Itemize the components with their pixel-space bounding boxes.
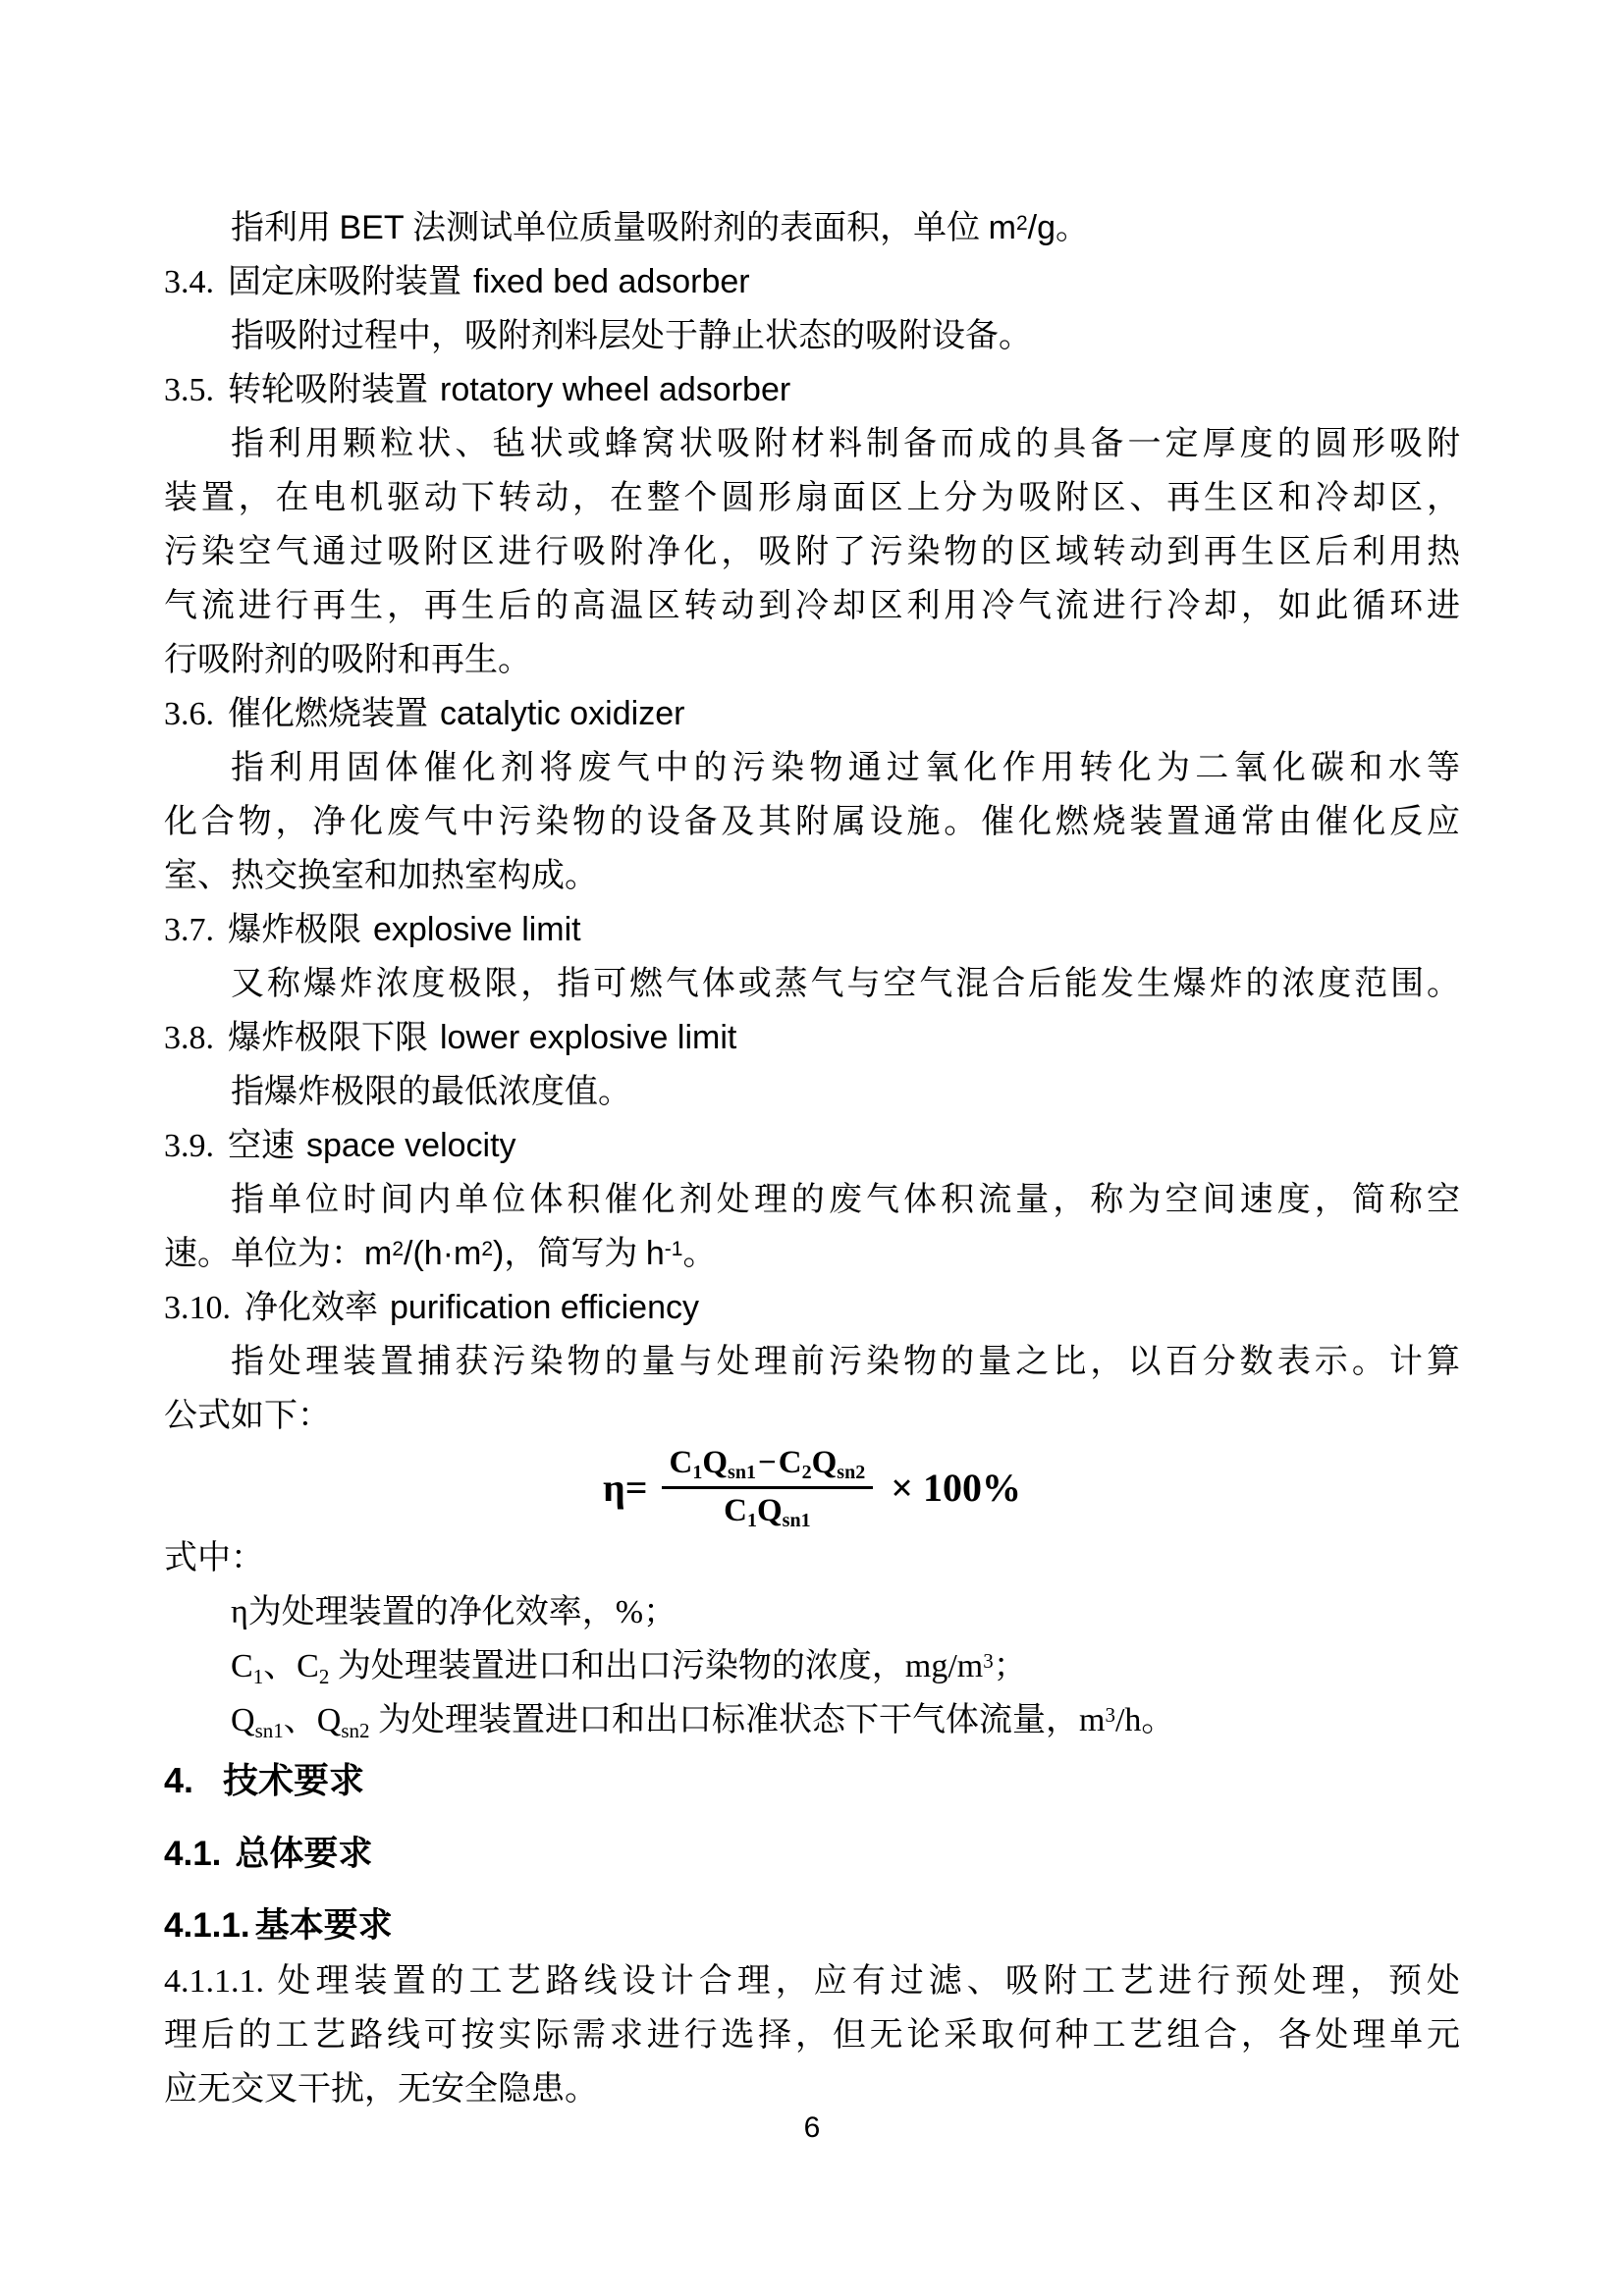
c1: C [724, 1493, 747, 1528]
minus-sign: − [756, 1445, 779, 1480]
definition-line: 指利用颗粒状、毡状或蜂窝状吸附材料制备而成的具备一定厚度的圆形吸附 [164, 417, 1460, 471]
term-zh: 爆炸极限下限 [228, 1020, 428, 1056]
term-number: 3.6. [164, 696, 214, 732]
zh-text: 速。单位为： [164, 1236, 364, 1272]
zh-text: ，简写为 [504, 1236, 646, 1272]
term-number: 3.7. [164, 912, 214, 948]
definition-line: 指爆炸极限的最低浓度值。 [164, 1065, 1460, 1119]
unit-superscript: 3 [1105, 1703, 1115, 1727]
q1: Q [702, 1445, 728, 1480]
formula-fraction: C1Qsn1−C2Qsn2 C1Qsn1 [662, 1445, 874, 1529]
definition-line: 污染空气通过吸附区进行吸附净化，吸附了污染物的区域转动到再生区后利用热 [164, 525, 1460, 579]
formula-times-100: × 100% [891, 1465, 1021, 1511]
zh-text: 、Q [284, 1702, 342, 1738]
definition-line: 指利用固体催化剂将废气中的污染物通过氧化作用转化为二氧化碳和水等 [164, 741, 1460, 795]
heading-4-1-1-basic-requirements: 4.1.1.基本要求 [164, 1898, 1460, 1952]
zh-period: 。 [1056, 210, 1089, 246]
term-number: 3.5. [164, 372, 214, 408]
zh-text: 指利用 [231, 210, 340, 246]
c1-sub: 1 [747, 1510, 757, 1531]
heading-number: 4. [164, 1760, 193, 1800]
h-symbol: h [646, 1235, 665, 1272]
symbol-eta-line: η为处理装置的净化效率，%； [164, 1585, 1460, 1639]
definition-line: 装置，在电机驱动下转动，在整个圆形扇面区上分为吸附区、再生区和冷却区， [164, 471, 1460, 525]
symbol-c-line: C1、C2 为处理装置进口和出口污染物的浓度，mg/m3； [164, 1639, 1460, 1693]
definition-line: 公式如下： [164, 1389, 1460, 1443]
heading-title: 技术要求 [223, 1760, 364, 1800]
definition-line: 气流进行再生，再生后的高温区转动到冷却区利用冷气流进行冷却，如此循环进 [164, 579, 1460, 633]
c-sub: 2 [319, 1665, 330, 1688]
unit-superscript: 2 [481, 1238, 493, 1260]
clause-4-1-1-1-line: 4.1.1.1. 处理装置的工艺路线设计合理，应有过滤、吸附工艺进行预处理，预处 [164, 1954, 1460, 2008]
term-heading-3-10: 3.10.净化效率purification efficiency [164, 1281, 1460, 1335]
space-velocity-unit-line: 速。单位为：m2/(h·m2)，简写为 h-1。 [164, 1227, 1460, 1281]
definition-line: 化合物，净化废气中污染物的设备及其附属设施。催化燃烧装置通常由催化反应 [164, 795, 1460, 849]
definition-line: 指单位时间内单位体积催化剂处理的废气体积流量，称为空间速度，简称空 [164, 1173, 1460, 1227]
term-zh: 转轮吸附装置 [228, 372, 428, 408]
q-sub: sn2 [341, 1719, 369, 1742]
q-sub: sn1 [255, 1719, 284, 1742]
zh-semicolon: ； [994, 1648, 1027, 1684]
term-heading-3-9: 3.9.空速space velocity [164, 1119, 1460, 1173]
unit-superscript: 3 [983, 1649, 994, 1673]
text-block: 指利用 BET 法测试单位质量吸附剂的表面积，单位 m2/g。 3.4.固定床吸… [164, 201, 1460, 2148]
term-zh: 净化效率 [244, 1290, 378, 1326]
unit-superscript: 2 [392, 1238, 404, 1260]
heading-number: 4.1.1. [164, 1906, 250, 1945]
c2-sub: 2 [802, 1462, 812, 1483]
c2: C [779, 1445, 802, 1480]
definition-line: 指吸附过程中，吸附剂料层处于静止状态的吸附设备。 [164, 309, 1460, 363]
zh-text: 、C [263, 1648, 319, 1684]
heading-4-1-general-requirements: 4.1.总体要求 [164, 1827, 1460, 1881]
clause-4-1-1-1-line: 理后的工艺路线可按实际需求进行选择，但无论采取何种工艺组合，各处理单元 [164, 2008, 1460, 2062]
c1-sub: 1 [692, 1462, 702, 1483]
term-en: purification efficiency [390, 1289, 699, 1326]
where-label: 式中： [164, 1531, 1460, 1585]
term-en: rotatory wheel adsorber [440, 371, 790, 408]
q-symbol: Q [231, 1702, 255, 1738]
unit-rest: /h。 [1115, 1702, 1174, 1738]
term-zh: 空速 [228, 1128, 295, 1164]
term-number: 3.8. [164, 1020, 214, 1056]
q2: Q [812, 1445, 838, 1480]
q1-sub: sn1 [783, 1510, 811, 1531]
q2-sub: sn2 [837, 1462, 865, 1483]
term-number: 3.10. [164, 1290, 231, 1326]
c-sub: 1 [253, 1665, 264, 1688]
heading-title: 总体要求 [235, 1835, 372, 1873]
term-heading-3-5: 3.5.转轮吸附装置rotatory wheel adsorber [164, 363, 1460, 417]
unit-base: m [989, 209, 1016, 246]
term-heading-3-7: 3.7.爆炸极限explosive limit [164, 903, 1460, 957]
term-en: fixed bed adsorber [473, 263, 750, 300]
unit-close: ) [493, 1235, 504, 1272]
definition-line: 又称爆炸浓度极限，指可燃气体或蒸气与空气混合后能发生爆炸的浓度范围。 [164, 957, 1460, 1011]
zh-text: 为处理装置进口和出口污染物的浓度，mg/m [329, 1648, 983, 1684]
purification-efficiency-formula: η= C1Qsn1−C2Qsn2 C1Qsn1 × 100% [164, 1443, 1460, 1531]
symbol-q-line: Qsn1、Qsn2 为处理装置进口和出口标准状态下干气体流量，m3/h。 [164, 1693, 1460, 1747]
q1-sub: sn1 [728, 1462, 756, 1483]
formula-numerator: C1Qsn1−C2Qsn2 [662, 1445, 874, 1489]
unit-superscript: 2 [1016, 212, 1028, 235]
zh-text: 法测试单位质量吸附剂的表面积，单位 [405, 210, 989, 246]
exponent: -1 [665, 1238, 683, 1260]
zh-period: 。 [682, 1236, 716, 1272]
definition-line: 行吸附剂的吸附和再生。 [164, 633, 1460, 687]
bet-definition-line: 指利用 BET 法测试单位质量吸附剂的表面积，单位 m2/g。 [164, 201, 1460, 255]
term-zh: 爆炸极限 [228, 912, 361, 948]
definition-line: 室、热交换室和加热室构成。 [164, 849, 1460, 903]
term-en: space velocity [306, 1127, 516, 1164]
term-en: catalytic oxidizer [440, 695, 684, 732]
bet-abbr: BET [340, 209, 405, 246]
term-en: lower explosive limit [440, 1019, 736, 1056]
term-heading-3-8: 3.8.爆炸极限下限lower explosive limit [164, 1011, 1460, 1065]
term-heading-3-6: 3.6.催化燃烧装置catalytic oxidizer [164, 687, 1460, 741]
formula-eta-equals: η= [603, 1465, 648, 1511]
zh-text: 为处理装置进口和出口标准状态下干气体流量，m [370, 1702, 1106, 1738]
heading-4-technical-requirements: 4.技术要求 [164, 1753, 1460, 1807]
q1: Q [757, 1493, 783, 1528]
unit-base: m [364, 1235, 392, 1272]
unit-mid: /(h·m [404, 1235, 481, 1272]
term-zh: 催化燃烧装置 [228, 696, 428, 732]
document-page: 指利用 BET 法测试单位质量吸附剂的表面积，单位 m2/g。 3.4.固定床吸… [0, 0, 1624, 2296]
term-heading-3-4: 3.4.固定床吸附装置fixed bed adsorber [164, 255, 1460, 309]
term-en: explosive limit [373, 911, 581, 948]
definition-line: 指处理装置捕获污染物的量与处理前污染物的量之比，以百分数表示。计算 [164, 1335, 1460, 1389]
c1: C [670, 1445, 693, 1480]
heading-title: 基本要求 [255, 1906, 393, 1945]
c-symbol: C [231, 1648, 253, 1684]
unit-rest: /g [1028, 209, 1056, 246]
term-number: 3.9. [164, 1128, 214, 1164]
term-zh: 固定床吸附装置 [228, 264, 461, 300]
heading-number: 4.1. [164, 1835, 221, 1873]
formula-denominator: C1Qsn1 [662, 1489, 874, 1529]
term-number: 3.4. [164, 264, 214, 300]
